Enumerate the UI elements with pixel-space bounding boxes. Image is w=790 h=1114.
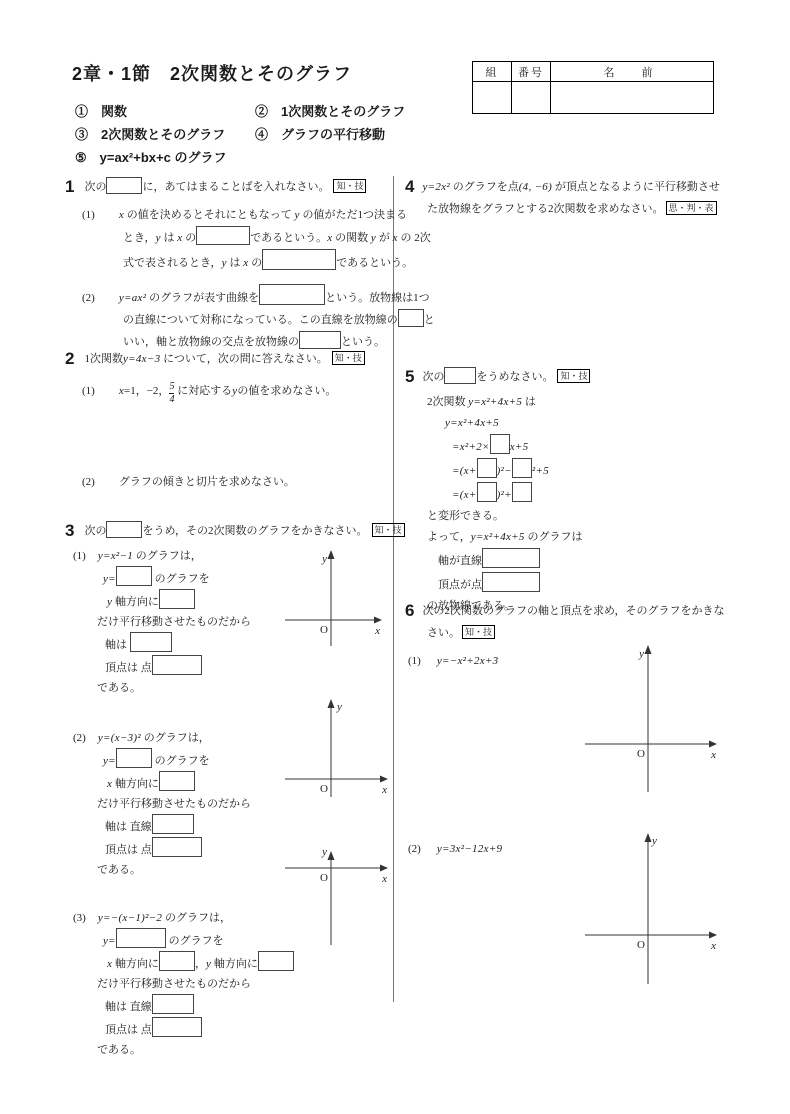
text-segment: よって， [427,531,471,543]
text-segment: が頂点となるように平行移動させ [552,181,720,193]
math-segment: y=(x−3)² [98,732,141,744]
math-segment: =(x+ [452,465,477,477]
answer-blank-box [159,589,195,609]
text-segment: だけ平行移動させたものだから [97,616,251,628]
x-axis-label: x [710,749,716,761]
answer-blank-box [116,748,152,768]
question-number: 4 [405,177,414,196]
text-segment: のグラフが表す曲線を [146,292,259,304]
answer-blank-box [262,249,336,270]
y-axis-arrow-icon [645,833,652,842]
text-segment: 次の [84,525,106,537]
text-segment: に対応する [174,385,232,397]
name-table-body-row [473,82,713,113]
answer-blank-box [512,458,532,478]
x-axis-arrow-icon [380,776,388,783]
text-line: 式で表されるとき，y は x のであるという。 [65,249,399,274]
text-segment: という。放物線は1つ [325,292,430,304]
text-segment: いい，軸と放物線の交点を放物線の [123,336,299,348]
text-line: =(x+)²+ [405,482,739,506]
origin-label: O [320,783,328,795]
text-segment: について，次の問に答えなさい。 [160,353,327,365]
name-table-header-number: 番号 [512,62,551,81]
text-line: 頂点は 点 [65,1017,399,1040]
text-segment: とき， [123,232,156,244]
math-segment: )²− [497,465,512,477]
text-segment: (1) [82,385,95,397]
question-number: 5 [405,367,414,386]
text-segment: グラフの傾きと切片を求めなさい。 [119,476,295,488]
text-segment: は [161,232,178,244]
text-segment: であるという。 [250,232,327,244]
question-block-2: 21次関数y=4x−3 について，次の問に答えなさい。知・技(1)x=1，−2，… [65,348,399,493]
x-axis-arrow-icon [374,617,382,624]
text-segment: である。 [97,864,141,876]
math-segment: y=x²−1 [98,550,133,562]
text-segment: は [522,396,536,408]
text-segment: の [182,232,196,244]
skill-badge: 知・技 [462,625,495,639]
text-line: 5次のをうめなさい。知・技 [405,366,739,388]
text-segment: の値を決めるとそれにともなって [124,209,295,221]
topic-item-4: ④ グラフの平行移動 [255,124,385,143]
text-segment: である。 [97,682,141,694]
text-segment: の関数 [332,232,371,244]
text-segment: が [376,232,393,244]
axes-canvas: y x O [283,845,395,950]
text-segment: (2) [73,732,86,744]
x-axis-arrow-icon [709,932,717,939]
axes-canvas: y x O [283,549,393,649]
text-line: である。 [65,678,399,698]
x-axis-label: x [381,784,387,796]
text-segment: だけ平行移動させたものだから [97,978,251,990]
text-segment: (2) [82,476,95,488]
math-segment: y=3x²−12x+9 [437,843,503,855]
text-segment: (2) [82,292,95,304]
axes-canvas: y x O [283,696,395,800]
text-line: 2次関数 y=x²+4x+5 は [405,392,739,413]
x-axis-label: x [374,625,380,637]
math-segment: y=−x²+2x+3 [437,655,499,667]
origin-label: O [320,872,328,884]
text-line: だけ平行移動させたものだから [65,974,399,994]
text-segment: 軸は [105,639,130,651]
text-segment: 1次関数 [84,353,123,365]
origin-label: O [320,624,328,636]
text-segment: の 2次 [398,232,431,244]
answer-blank-box [116,928,166,948]
answer-blank-box [152,994,194,1014]
answer-blank-box [482,548,540,568]
axes-canvas: y x O [583,831,721,987]
answer-blank-box [398,309,424,327]
topic-item-5: ⑤ y=ax²+bx+c のグラフ [75,147,226,166]
x-axis-arrow-icon [380,865,388,872]
page-title: 2章・1節 2次関数とそのグラフ [72,60,352,86]
math-segment: y=ax² [119,292,147,304]
text-segment: 頂点が点 [438,579,482,591]
x-axis-label: x [381,873,387,885]
text-line: =x²+2×x+5 [405,434,739,458]
text-segment: (1) [82,209,95,221]
text-segment: の直線について対称になっている。この直線を放物線の [123,314,398,326]
math-segment: y=4x−3 [123,353,160,365]
axes-canvas: y x O [583,643,721,795]
text-segment: のグラフは， [133,550,202,562]
origin-label: O [637,939,645,951]
topic-item-2: ② 1次関数とそのグラフ [255,101,405,120]
text-segment: の値を求めなさい。 [237,385,336,397]
text-line: =(x+)²−²+5 [405,458,739,482]
text-segment: のグラフは， [141,732,210,744]
text-line: である。 [65,1040,399,1060]
y-axis-label: y [321,553,327,565]
text-segment: と変形できる。 [427,510,504,522]
graph-q3-3: y x O [283,845,395,953]
text-segment: と [424,314,435,326]
math-segment: y= [103,755,116,767]
name-table-header-class: 組 [473,62,512,81]
answer-blank-box [444,367,476,384]
text-segment: 軸方向に [211,958,258,970]
text-segment: は [227,257,244,269]
x-axis-arrow-icon [709,741,717,748]
answer-blank-box [477,482,497,502]
text-segment: の値がただ1つ決まる [300,209,407,221]
text-segment: 次の [84,181,106,193]
text-segment: 頂点は 点 [105,1024,152,1036]
answer-blank-box [130,632,172,652]
graph-q3-2: y x O [283,696,395,803]
math-segment: (4, −6) [519,181,552,193]
name-table-cell-class [473,82,512,113]
text-line: 軸は 直線 [65,994,399,1017]
text-line: y=x²+4x+5 [405,413,739,434]
name-table: 組 番号 名 前 [472,61,714,114]
answer-blank-box [477,458,497,478]
math-segment: y=−(x−1)²−2 [98,912,162,924]
worksheet-page: 2章・1節 2次関数とそのグラフ ① 関数 ② 1次関数とそのグラフ ③ 2次関… [0,0,790,1114]
text-segment: のグラフを [152,755,210,767]
text-segment: である。 [97,1044,141,1056]
text-segment: た放物線をグラフとする2次関数を求めなさい。 [427,203,664,215]
math-segment: y= [103,573,116,585]
skill-badge: 知・技 [332,351,365,365]
y-axis-label: y [651,835,657,847]
text-segment: (1) [73,550,86,562]
skill-badge: 知・技 [372,523,405,537]
text-line: 6次の2次関数のグラフの軸と頂点を求め，そのグラフをかきな [405,600,739,622]
answer-blank-box [482,572,540,592]
text-line: 軸は 直線 [65,814,399,837]
answer-blank-box [299,331,341,349]
text-segment: に，あてはまることばを入れなさい。 [142,181,329,193]
answer-blank-box [106,521,142,538]
answer-blank-box [159,771,195,791]
text-segment: をうめなさい。 [476,371,553,383]
text-segment: ， [195,958,206,970]
math-segment: y=x²+4x+5 [445,417,499,429]
question-number: 1 [65,177,74,196]
topic-item-1: ① 関数 [75,101,127,120]
text-segment: という。 [341,336,385,348]
text-line: 1次のに，あてはまることばを入れなさい。知・技 [65,176,399,198]
text-line: 軸が直線 [405,548,739,572]
text-segment: だけ平行移動させたものだから [97,798,251,810]
answer-blank-box [152,1017,202,1037]
math-segment: =(x+ [452,489,477,501]
text-segment: 頂点は 点 [105,844,152,856]
answer-blank-box [258,951,294,971]
text-line: と変形できる。 [405,506,739,527]
text-segment: 軸は 直線 [105,821,152,833]
math-segment: y=x²+4x+5 [471,531,525,543]
y-axis-label: y [638,648,644,660]
y-axis-label: y [321,846,327,858]
text-line: 3次のをうめ，その2次関数のグラフをかきなさい。知・技 [65,520,399,542]
topic-item-3: ③ 2次関数とそのグラフ [75,124,225,143]
text-segment: 軸は 直線 [105,1001,152,1013]
origin-label: O [637,748,645,760]
answer-blank-box [159,951,195,971]
graph-q3-1: y x O [283,549,393,652]
answer-blank-box [490,434,510,454]
text-segment: のグラフを点 [450,181,519,193]
name-table-header-name: 名 前 [551,62,713,81]
answer-blank-box [116,566,152,586]
question-number: 6 [405,601,414,620]
text-segment: 軸が直線 [438,555,482,567]
text-line: (2)y=ax² のグラフが表す曲線をという。放物線は1つ [65,284,399,309]
text-segment: (1) [408,655,421,667]
text-segment: (2) [408,843,421,855]
question-block-1: 1次のに，あてはまることばを入れなさい。知・技(1)x の値を決めるとそれにとも… [65,176,399,353]
y-axis-arrow-icon [328,699,335,708]
text-segment: であるという。 [336,257,413,269]
text-line: の直線について対称になっている。この直線を放物線のと [65,309,399,331]
text-segment: 軸方向に [112,778,159,790]
text-segment: の [248,257,262,269]
text-line: 頂点は 点 [65,655,399,678]
text-line: (1)x=1，−2，54 に対応するyの値を求めなさい。 [65,378,399,405]
skill-badge: 思・判・表 [666,201,717,215]
math-segment: =x²+2× [452,441,490,453]
text-segment: のグラフは， [162,912,231,924]
question-number: 3 [65,521,74,540]
x-axis-label: x [710,940,716,952]
text-line: 頂点が点 [405,572,739,596]
graph-q6-1: y x O [583,643,721,798]
answer-blank-box [259,284,325,305]
text-segment: さい。 [427,627,460,639]
graph-q6-2: y x O [583,831,721,990]
text-line: 4y=2x² のグラフを点(4, −6) が頂点となるように平行移動させ [405,176,739,198]
math-segment: x+5 [510,441,529,453]
question-block-4: 4y=2x² のグラフを点(4, −6) が頂点となるように平行移動させた放物線… [405,176,739,220]
text-line: (1)x の値を決めるとそれにともなって y の値がただ1つ決まる [65,204,399,226]
y-axis-arrow-icon [328,851,335,860]
answer-blank-box [106,177,142,194]
answer-blank-box [196,226,250,245]
math-segment: y= [103,935,116,947]
text-line: (2)グラフの傾きと切片を求めなさい。 [65,471,399,493]
text-line: た放物線をグラフとする2次関数を求めなさい。思・判・表 [405,198,739,220]
answer-blank-box [152,814,194,834]
math-segment: )²+ [497,489,512,501]
text-segment: 次の2次関数のグラフの軸と頂点を求め，そのグラフをかきな [422,605,724,617]
text-segment: 次の [422,371,444,383]
y-axis-arrow-icon [645,645,652,654]
math-segment: y=x²+4x+5 [468,396,522,408]
name-table-cell-number [512,82,551,113]
text-segment: のグラフを [166,935,224,947]
text-segment: のグラフを [152,573,210,585]
y-axis-label: y [336,701,342,713]
text-line: x 軸方向に，y 軸方向に [65,951,399,974]
text-segment: 式で表されるとき， [123,257,222,269]
skill-badge: 知・技 [333,179,366,193]
text-line: よって，y=x²+4x+5 のグラフは [405,527,739,548]
question-number: 2 [65,349,74,368]
y-axis-arrow-icon [328,550,335,559]
name-table-header-row: 組 番号 名 前 [473,62,713,82]
skill-badge: 知・技 [557,369,590,383]
answer-blank-box [152,837,202,857]
text-line: 21次関数y=4x−3 について，次の問に答えなさい。知・技 [65,348,399,370]
text-segment: をうめ，その2次関数のグラフをかきなさい。 [142,525,367,537]
math-segment: y=2x² [422,181,450,193]
math-segment: ²+5 [532,465,549,477]
text-segment: 軸方向に [112,958,159,970]
answer-blank-box [152,655,202,675]
text-segment: (3) [73,912,86,924]
question-block-5: 5次のをうめなさい。知・技2次関数 y=x²+4x+5 はy=x²+4x+5=x… [405,366,739,617]
text-segment: 頂点は 点 [105,662,152,674]
text-segment: 2次関数 [427,396,468,408]
text-segment: 軸方向に [112,596,159,608]
name-table-cell-name [551,82,713,113]
text-segment: のグラフは [525,531,583,543]
text-line: さい。知・技 [405,622,739,644]
text-segment: =1，−2， [124,385,169,397]
answer-blank-box [512,482,532,502]
text-line: とき，y は x のであるという。x の関数 y が x の 2次 [65,226,399,249]
